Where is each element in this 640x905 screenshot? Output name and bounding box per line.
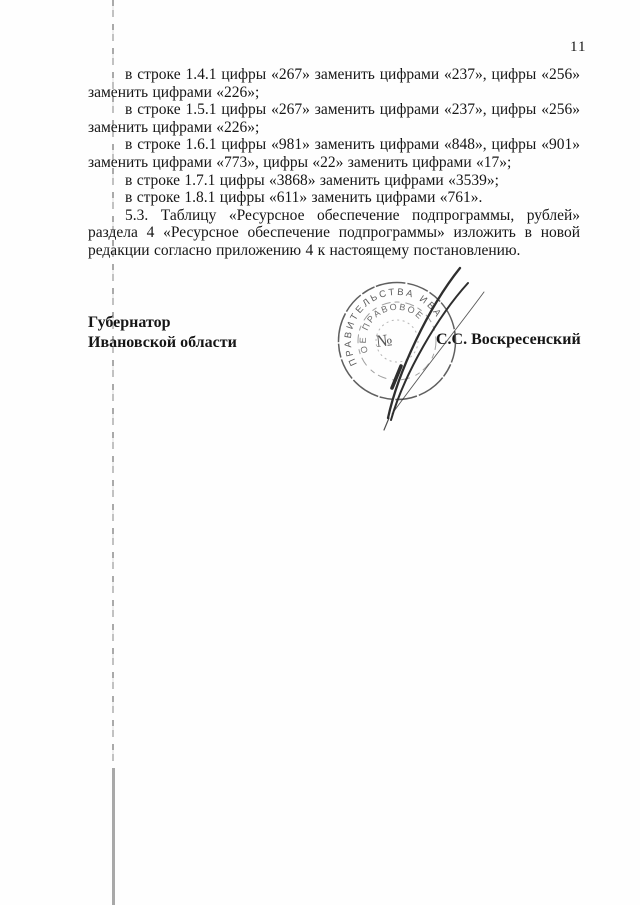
signature-stroke-tail [384,418,389,430]
paragraph-1.6.1: в строке 1.6.1 цифры «981» заменить цифр… [88,136,580,171]
paragraph-1.4.1: в строке 1.4.1 цифры «267» заменить цифр… [88,66,580,101]
svg-text:ПРАВИТЕЛЬСТВА ИВА: ПРАВИТЕЛЬСТВА ИВА [331,275,451,368]
scan-fold-line-bottom [112,768,115,905]
paragraph-1.5.1: в строке 1.5.1 цифры «267» заменить цифр… [88,101,580,136]
stamp-and-signature: ПРАВИТЕЛЬСТВА ИВА ОЕ ПРАВОВОЕ № [325,250,500,440]
stamp-outer-arc-text: ПРАВИТЕЛЬСТВА ИВА [331,275,451,368]
signer-office-line1: Губернатор [88,313,237,333]
signer-office-title: Губернатор Ивановской области [88,313,237,353]
paragraph-1.7.1: в строке 1.7.1 цифры «3868» заменить циф… [88,172,580,190]
stamp-number-sign: № [375,330,393,351]
signer-office-line2: Ивановской области [88,333,237,353]
paragraph-1.8.1: в строке 1.8.1 цифры «611» заменить цифр… [88,189,580,207]
document-page: 11 в строке 1.4.1 цифры «267» заменить ц… [0,0,640,905]
document-body: в строке 1.4.1 цифры «267» заменить цифр… [88,66,580,260]
page-number: 11 [570,39,586,56]
